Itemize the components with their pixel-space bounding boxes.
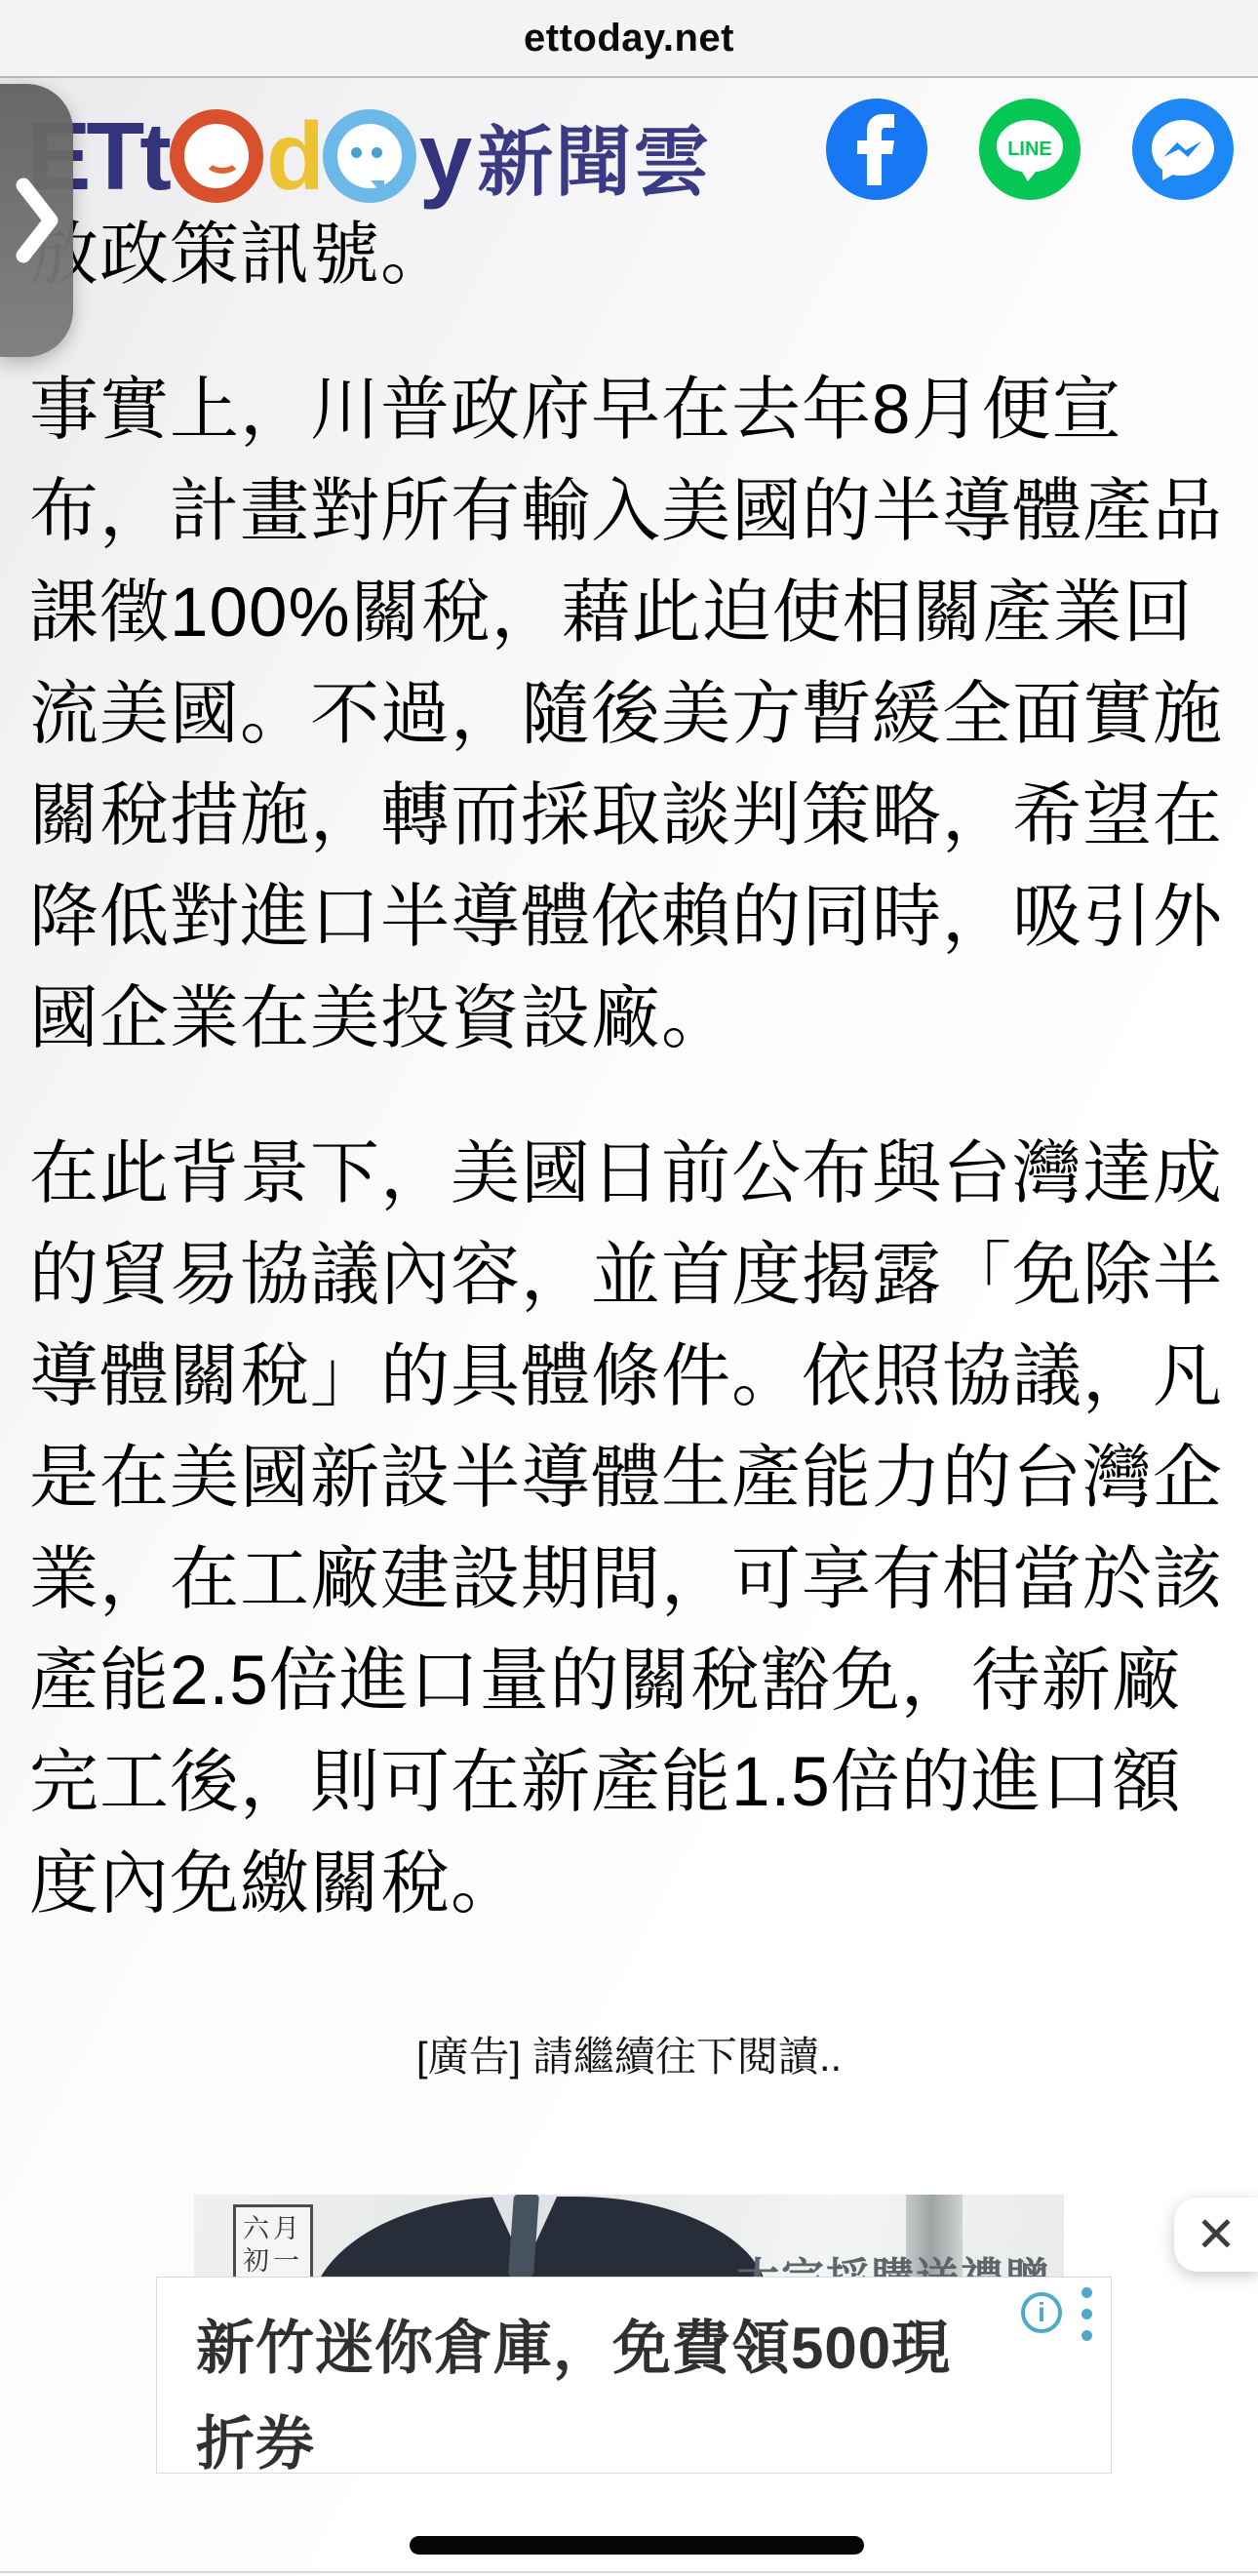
stamp-line: 六月 — [243, 2213, 303, 2245]
line-share-icon[interactable]: LINE — [979, 99, 1081, 200]
home-indicator[interactable] — [410, 2536, 864, 2555]
logo-text-d: d — [266, 108, 320, 204]
ad-photo-caption: 大宗採購送禮贈 — [736, 2243, 1050, 2277]
article-paragraph: 在此背景下，美國日前公布與台灣達成的貿易協議內容，並首度揭露「免除半導體關稅」的… — [29, 1124, 1229, 1935]
article-paragraph-partial: 放政策訊號。 — [29, 205, 1229, 306]
facebook-share-icon[interactable] — [826, 99, 927, 200]
share-bar: LINE — [826, 99, 1234, 200]
ad-photo[interactable]: 六月 初一 大宗採購送禮贈 — [194, 2195, 1064, 2277]
stamp-line: 初一 — [243, 2245, 303, 2277]
logo-o-smiley-icon — [170, 109, 263, 203]
close-icon: ✕ — [1196, 2210, 1237, 2259]
svg-text:LINE: LINE — [1007, 139, 1052, 160]
logo-text-cjk: 新聞雲 — [477, 101, 711, 211]
chevron-right-icon — [10, 174, 64, 267]
url-bar[interactable]: ettoday.net — [0, 0, 1258, 78]
brand-stamp: 六月 初一 — [233, 2204, 313, 2277]
ad-banner-text: 新竹迷你倉庫，免費領500現折券 — [157, 2278, 1111, 2492]
page-canvas: ettoday.net ETt d y 新聞雲 LINE — [0, 0, 1258, 2576]
logo-text-y: y — [419, 108, 468, 204]
url-domain: ettoday.net — [524, 17, 734, 60]
article-body: 放政策訊號。 事實上，川普政府早在去年8月便宣布，計畫對所有輸入美國的半導體產品… — [0, 205, 1258, 2086]
ad-menu-dots-icon[interactable] — [1081, 2287, 1092, 2342]
logo-a-bubble-icon — [323, 109, 416, 203]
messenger-share-icon[interactable] — [1132, 99, 1234, 200]
bottom-toolbar-edge — [0, 2571, 1258, 2573]
ad-banner[interactable]: 新竹迷你倉庫，免費領500現折券 i — [156, 2277, 1112, 2474]
drawer-handle[interactable] — [0, 84, 73, 357]
ad-info-icon[interactable]: i — [1021, 2292, 1062, 2333]
site-logo[interactable]: ETt d y 新聞雲 — [27, 101, 711, 211]
ad-continue-notice: [廣告] 請繼續往下閱讀.. — [29, 2028, 1229, 2086]
article-paragraph: 事實上，川普政府早在去年8月便宣布，計畫對所有輸入美國的半導體產品課徵100%關… — [29, 360, 1229, 1070]
ad-close-button[interactable]: ✕ — [1174, 2198, 1258, 2272]
